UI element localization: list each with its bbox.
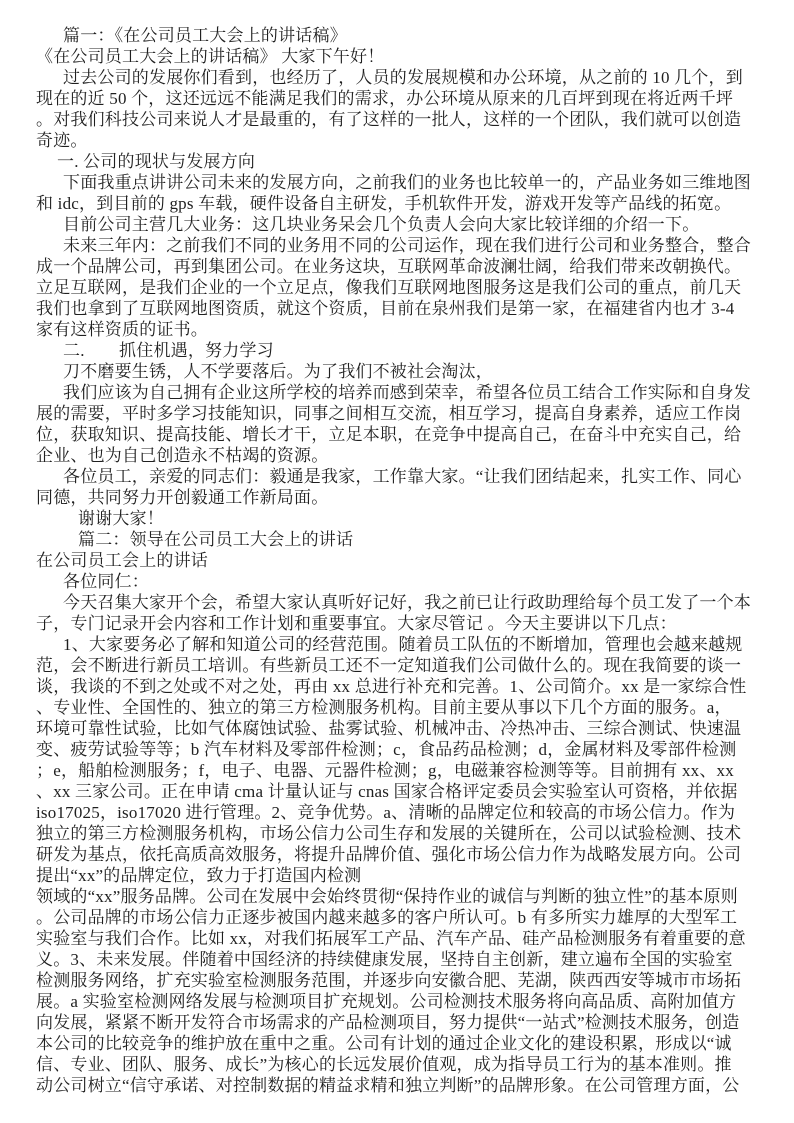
text-line: 立足互联网，是我们企业的一个立足点，像我们互联网地图服务这是我们公司的重点，前几…: [36, 277, 762, 298]
text-line: 各位同仁：: [36, 571, 762, 592]
text-line: 范，会不断进行新员工培训。有些新员工还不一定知道我们公司做什么的。现在我简要的谈…: [36, 655, 762, 676]
text-line: 环境可靠性试验，比如气体腐蚀试验、盐雾试验、机械冲击、冷热冲击、三综合测试、快速…: [36, 718, 762, 739]
text-line: 家有这样资质的证书。: [36, 319, 762, 340]
text-line: 我们应该为自己拥有企业这所学校的培养而感到荣幸，希望各位员工结合工作实际和自身发: [36, 382, 762, 403]
text-line: 谢谢大家！: [36, 508, 762, 529]
text-line: 1、大家要务必了解和知道公司的经营范围。随着员工队伍的不断增加，管理也会越来越规: [36, 634, 762, 655]
text-line: 动公司树立“信守承诺、对控制数据的精益求精和独立判断”的品牌形象。在公司管理方面…: [36, 1075, 762, 1096]
text-line: 目前公司主营几大业务：这几块业务呆会几个负责人会向大家比较详细的介绍一下。: [36, 214, 762, 235]
text-line: 、xx 三家公司。正在申请 cma 计量认证与 cnas 国家合格评定委员会实验…: [36, 781, 762, 802]
text-line: 成一个品牌公司，再到集团公司。在业务这块，互联网革命波澜壮阔，给我们带来改朝换代…: [36, 256, 762, 277]
text-line: 检测服务网络，扩充实验室检测服务范围，并逐步向安徽合肥、芜湖，陕西西安等城市市场…: [36, 970, 762, 991]
text-line: 现在的近 50 个，这还远远不能满足我们的需求，办公环境从原来的几百坪到现在将近…: [36, 88, 762, 109]
text-line: 各位员工，亲爱的同志们：毅通是我家，工作靠大家。“让我们团结起来，扎实工作、同心: [36, 466, 762, 487]
text-line: 未来三年内：之前我们不同的业务用不同的公司运作，现在我们进行公司和业务整合，整合: [36, 235, 762, 256]
text-line: 《在公司员工大会上的讲话稿》 大家下午好！: [36, 46, 762, 67]
text-line: 提出“xx”的品牌定位，致力于打造国内检测: [36, 865, 762, 886]
text-line: 二. 抓住机遇，努力学习: [36, 340, 762, 361]
text-line: 展。a 实验室检测网络发展与检测项目扩充规划。公司检测技术服务将向高品质、高附加…: [36, 991, 762, 1012]
text-line: 同德，共同努力开创毅通工作新局面。: [36, 487, 762, 508]
text-line: 。对我们科技公司来说人才是最重的，有了这样的一批人，这样的一个团队，我们就可以创…: [36, 109, 762, 130]
text-line: 谈，我谈的不到之处或不对之处，再由 xx 总进行补充和完善。1、公司简介。xx …: [36, 676, 762, 697]
text-line: 篇二：领导在公司员工大会上的讲话: [36, 529, 762, 550]
text-line: ；e，船舶检测服务；f，电子、电器、元器件检测；g，电磁兼容检测等等。目前拥有 …: [36, 760, 762, 781]
text-line: 在公司员工会上的讲话: [36, 550, 762, 571]
text-line: 信、专业、团队、服务、成长”为核心的长远发展价值观，成为指导员工行为的基本准则。…: [36, 1054, 762, 1075]
text-line: 实验室与我们合作。比如 xx，对我们拓展军工产品、汽车产品、硅产品检测服务有着重…: [36, 928, 762, 949]
text-line: 一. 公司的现状与发展方向: [36, 151, 762, 172]
text-line: 刀不磨要生锈，人不学要落后。为了我们不被社会淘汰，: [36, 361, 762, 382]
text-line: 篇一：《在公司员工大会上的讲话稿》: [36, 25, 762, 46]
document-body: 篇一：《在公司员工大会上的讲话稿》《在公司员工大会上的讲话稿》 大家下午好！过去…: [36, 25, 762, 1096]
text-line: 、专业性、全国性的、独立的第三方检测服务机构。目前主要从事以下几个方面的服务。a…: [36, 697, 762, 718]
text-line: 企业、也为自己创造永不枯竭的资源。: [36, 445, 762, 466]
text-line: 子，专门记录开会内容和工作计划和重要事宜。大家尽管记 。今天主要讲以下几点：: [36, 613, 762, 634]
text-line: 领域的“xx”服务品牌。公司在发展中会始终贯彻“保持作业的诚信与判断的独立性”的…: [36, 886, 762, 907]
text-line: 我们也拿到了互联网地图资质，就这个资质，目前在泉州我们是第一家，在福建省内也才 …: [36, 298, 762, 319]
text-line: 向发展，紧紧不断开发符合市场需求的产品检测项目，努力提供“一站式”检测技术服务，…: [36, 1012, 762, 1033]
text-line: 下面我重点讲讲公司未来的发展方向，之前我们的业务也比较单一的，产品业务如三维地图: [36, 172, 762, 193]
text-line: 独立的第三方检测服务机构，市场公信力公司生存和发展的关键所在，公司以试验检测、技…: [36, 823, 762, 844]
document-page: 篇一：《在公司员工大会上的讲话稿》《在公司员工大会上的讲话稿》 大家下午好！过去…: [0, 0, 794, 1123]
text-line: 奇迹。: [36, 130, 762, 151]
text-line: iso17025，iso17020 进行管理。2、竞争优势。a、清晰的品牌定位和…: [36, 802, 762, 823]
text-line: 本公司的比较竞争的维护放在重中之重。公司有计划的通过企业文化的建设积累，形成以“…: [36, 1033, 762, 1054]
text-line: 位，获取知识、提高技能、增长才干，立足本职，在竞争中提高自己，在奋斗中充实自己，…: [36, 424, 762, 445]
text-line: 过去公司的发展你们看到，也经历了，人员的发展规模和办公环境，从之前的 10 几个…: [36, 67, 762, 88]
text-line: 研发为基点，依托高质高效服务，将提升品牌价值、强化市场公信力作为战略发展方向。公…: [36, 844, 762, 865]
text-line: 展的需要，平时多学习技能知识，同事之间相互交流，相互学习，提高自身素养，适应工作…: [36, 403, 762, 424]
text-line: 变、疲劳试验等等；b 汽车材料及零部件检测；c，食品药品检测；d，金属材料及零部…: [36, 739, 762, 760]
text-line: 。公司品牌的市场公信力正逐步被国内越来越多的客户所认可。b 有多所实力雄厚的大型…: [36, 907, 762, 928]
text-line: 今天召集大家开个会，希望大家认真听好记好，我之前已让行政助理给每个员工发了一个本: [36, 592, 762, 613]
text-line: 和 idc，到目前的 gps 车载，硬件设备自主研发，手机软件开发，游戏开发等产…: [36, 193, 762, 214]
text-line: 义。3、未来发展。伴随着中国经济的持续健康发展，坚持自主创新，建立遍布全国的实验…: [36, 949, 762, 970]
